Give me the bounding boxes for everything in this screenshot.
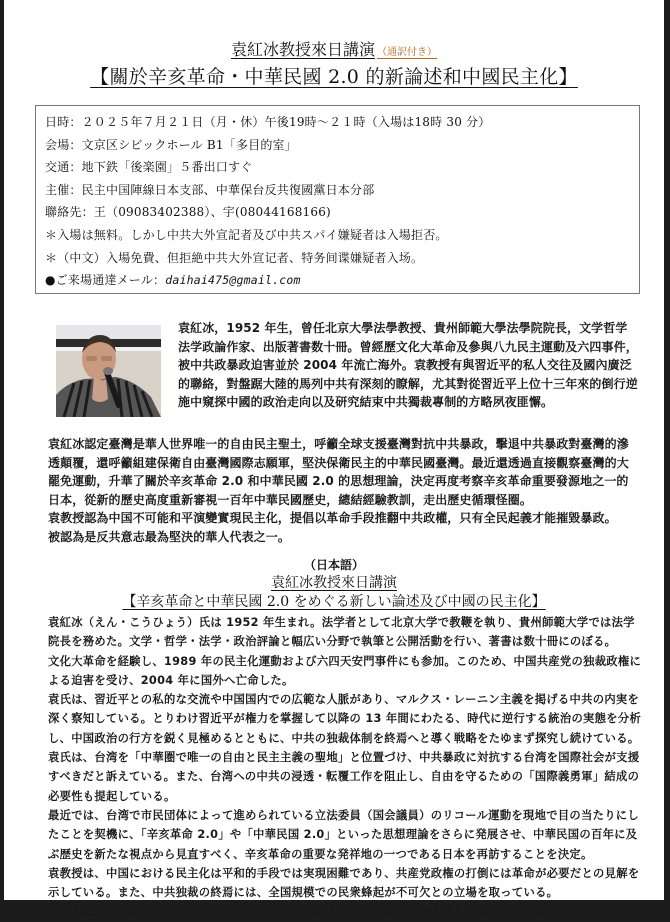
email-label: ●ご来場通達メール： — [45, 273, 165, 287]
japanese-bio-paragraph: 袁氏は、習近平との私的な交流や中国国内での広範な人脈があり、マルクス・レーニン主… — [48, 690, 642, 748]
japanese-title: 袁紅冰教授來日講演 — [4, 574, 664, 592]
chinese-bio-intro: 袁紅冰，1952 年生，曾任北京大學法學教授、貴州師範大學法學院院長，文学哲学法… — [178, 319, 638, 412]
chinese-bio-body: 袁紅冰認定臺灣是華人世界唯一的自由民主聖土，呼籲全球支援臺灣對抗中共暴政，擊退中… — [48, 435, 640, 546]
japanese-title-text: 袁紅冰教授來日講演 — [271, 575, 397, 591]
info-admission-cn: ＊（中文）入場免費、但拒絶中共大外宣记者、特务间谍嫌疑者入场。 — [45, 247, 630, 270]
japanese-bio-paragraph: 袁紅冰（えん・こうひょう）氏は 1952 年生まれ。法学者として北京大学で教鞭を… — [48, 613, 642, 652]
chinese-bio-paragraph: 袁紅冰認定臺灣是華人世界唯一的自由民主聖土，呼籲全球支援臺灣對抗中共暴政，擊退中… — [48, 435, 640, 509]
event-title-main: 袁紅冰教授來日講演 — [231, 40, 375, 59]
japanese-subtitle: 【辛亥革命と中華民國 2.0 をめぐる新しい論述及び中國の民主化】 — [4, 593, 664, 611]
event-subtitle-text: 【關於辛亥革命・中華民國 2.0 的新論述和中國民主化】 — [90, 66, 578, 88]
japanese-bio-paragraph: 袁教授は、中国における民主化は平和的手段では実現困難であり、共産党政権の打倒には… — [48, 864, 642, 900]
info-venue: 会場：文京区シビックホール B1「多目的室」 — [45, 134, 630, 157]
japanese-bio-paragraph: 最近では、台湾で市民団体によって進められている立法委員（国会議員）のリコール運動… — [48, 806, 642, 864]
chinese-bio-paragraph: 被認為是反共意志最為堅決的華人代表之一。 — [48, 528, 640, 547]
event-subtitle: 【關於辛亥革命・中華民國 2.0 的新論述和中國民主化】 — [4, 64, 664, 90]
info-email-row: ●ご来場通達メール：daihai475@gmail.com — [45, 269, 630, 292]
speaker-photo — [56, 325, 161, 417]
chinese-bio-paragraph: 袁教授認為中国不可能和平演變實現民主化，提倡以革命手段推翻中共政權，只有全民起義… — [48, 509, 640, 528]
info-datetime: 日時：２０２５年７月２１日（月・休）午後19時～２１時（入場は18時 30 分） — [45, 111, 630, 134]
interpretation-note: （通訳付き） — [377, 47, 437, 58]
event-info-box: 日時：２０２５年７月２１日（月・休）午後19時～２１時（入場は18時 30 分）… — [35, 105, 640, 294]
event-title: 袁紅冰教授來日講演（通訳付き） — [4, 40, 664, 63]
japanese-section-label: （日本語） — [4, 557, 664, 573]
japanese-bio-body: 袁紅冰（えん・こうひょう）氏は 1952 年生まれ。法学者として北京大学で教鞭を… — [48, 613, 642, 900]
email-link[interactable]: daihai475@gmail.com — [165, 273, 300, 287]
japanese-bio-paragraph: 文化大革命を経験し、1989 年の民主化運動および六四天安門事件にも参加。このた… — [48, 652, 642, 691]
info-access: 交通：地下鉄「後楽園」５番出口すぐ — [45, 156, 630, 179]
flyer-page: 袁紅冰教授來日講演（通訳付き） 【關於辛亥革命・中華民國 2.0 的新論述和中國… — [4, 0, 664, 900]
info-organizer: 主催：民主中国陣線日本支部、中華保台反共復國黨日本分部 — [45, 179, 630, 202]
japanese-subtitle-text: 【辛亥革命と中華民國 2.0 をめぐる新しい論述及び中國の民主化】 — [122, 594, 545, 610]
info-contact: 聯絡先：王（09083402388）、宇(08044168166) — [45, 201, 630, 224]
japanese-bio-paragraph: 袁氏は、台湾を「中華圏で唯一の自由と民主主義の聖地」と位置づけ、中共暴政に対抗す… — [48, 748, 642, 806]
info-admission-jp: ＊入場は無料。しかし中共大外宣記者及び中共スパイ嫌疑者は入場拒否。 — [45, 224, 630, 247]
